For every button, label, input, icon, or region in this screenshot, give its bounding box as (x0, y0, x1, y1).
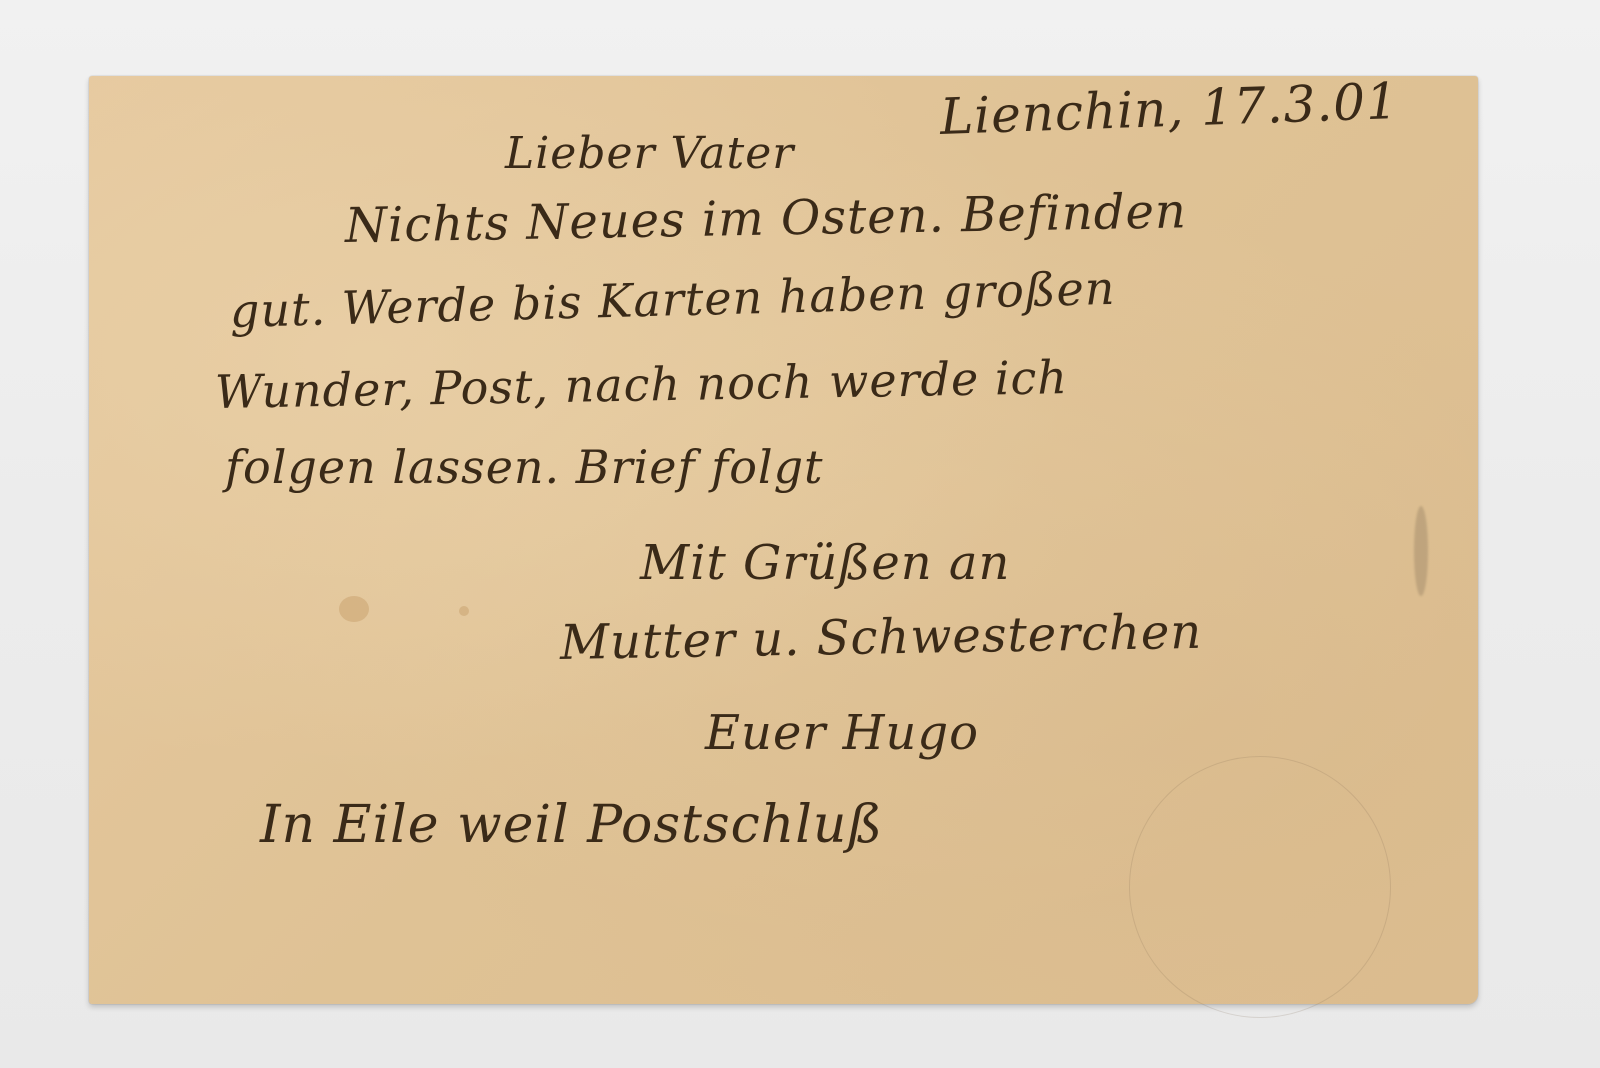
signature: Euer Hugo (705, 705, 979, 761)
faint-postmark (1129, 756, 1391, 1018)
salutation: Lieber Vater (505, 128, 794, 179)
body-line: folgen lassen. Brief folgt (225, 440, 824, 494)
paper-stain (459, 606, 469, 616)
ink-smudge (1414, 506, 1428, 596)
closing-line: Mit Grüßen an (640, 535, 1010, 591)
closing-line: Mutter u. Schwesterchen (560, 604, 1203, 671)
paper-stain (339, 596, 369, 622)
postscript: In Eile weil Postschluß (260, 795, 883, 855)
